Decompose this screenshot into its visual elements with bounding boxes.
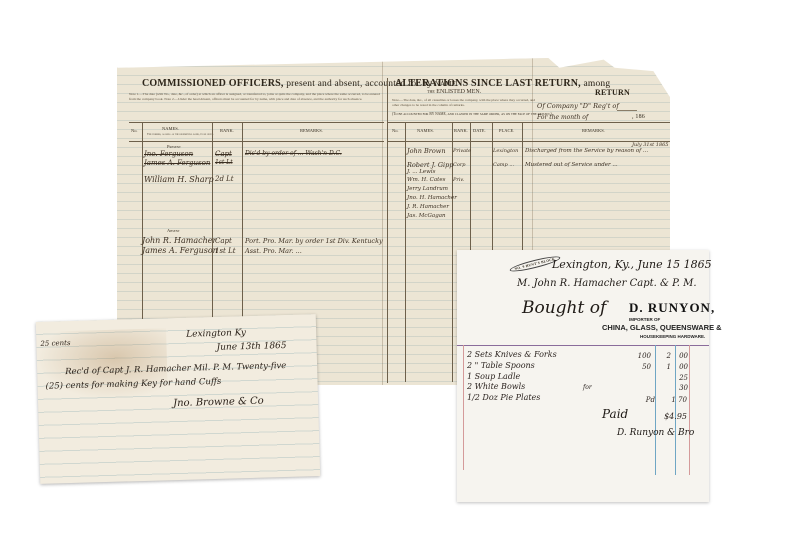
enlisted-name: Jerry Landrum — [407, 186, 448, 192]
bill-total: $4.95 — [647, 412, 687, 421]
enlisted-name: Robert J. Gipp — [407, 161, 453, 169]
item-cents: 30 — [676, 384, 688, 392]
col-no: No. — [392, 128, 399, 133]
goods-line: CHINA, GLASS, QUEENSWARE & — [602, 323, 722, 332]
col-remarks: REMARKS. — [300, 128, 323, 133]
key-receipt-document: 25 cents Lexington Ky June 13th 1865 Rec… — [36, 314, 320, 484]
names-subheader: The former, as well as the regimental ra… — [147, 132, 214, 136]
col-place: PLACE. — [499, 128, 514, 133]
paid-label: Paid — [602, 407, 628, 421]
item-desc: 2 Sets Knives & Forks — [467, 350, 557, 359]
enlisted-name: Jno. H. Hamacher — [407, 195, 457, 201]
enlisted-name: J. ... Lewis — [407, 169, 435, 175]
col-rank: RANK. — [220, 128, 234, 133]
col-remarks: REMARKS. — [582, 128, 605, 133]
enlisted-rank: Corp — [453, 162, 465, 168]
enlisted-name: Jas. McGagan — [407, 213, 446, 219]
receipt-date: June 13th 1865 — [216, 341, 286, 353]
officer-rank: Capt — [215, 237, 232, 245]
subtotal-amount: 1 70 — [657, 396, 687, 404]
col-names: NAMES. — [417, 128, 434, 133]
officer-remarks: Dis'd by order of ... Wash'n D.C. — [245, 150, 342, 157]
alterations-subtitle: the ENLISTED MEN. — [427, 89, 481, 95]
runyon-bill-document: NO. 9 HUNT'S BLOCK Lexington, Ky., June … — [457, 250, 709, 502]
enlisted-name: Wm. H. Cates — [407, 177, 445, 183]
officer-rank: Capt — [215, 150, 232, 158]
officer-name: John R. Hamacher — [142, 236, 216, 245]
item-cents: 25 — [676, 374, 688, 382]
col-names: NAMES. — [162, 126, 179, 131]
return-title: RETURN — [595, 88, 630, 97]
enlisted-name: John Brown — [407, 147, 446, 155]
enlisted-rank: Private — [453, 148, 471, 154]
alterations-section-title: ALTERATIONS SINCE LAST RETURN, among — [395, 78, 610, 89]
item-desc: 1 Soup Ladle — [467, 372, 520, 381]
receipt-signature: Jno. Browne & Co — [173, 396, 264, 410]
officer-name: Jno. Ferguson — [144, 150, 193, 158]
bill-place-date: Lexington, Ky., June 15 1865 — [552, 258, 712, 271]
enlisted-name: J. R. Hamacher — [407, 204, 449, 210]
item-desc: 2 White Bowls — [467, 382, 525, 391]
header-rule — [457, 345, 709, 346]
enlisted-place: Camp ... — [493, 162, 514, 168]
year-field: , 186 — [632, 114, 645, 120]
item-cents: 00 — [676, 352, 688, 360]
enlisted-remarks: Mustered out of Service under ... — [525, 162, 618, 168]
group-present: Present — [167, 144, 181, 149]
col-no: No. — [131, 128, 138, 133]
item-desc: 1/2 Doz Pie Plates — [467, 393, 540, 402]
item-rate: 100 — [633, 352, 651, 360]
receipt-place: Lexington Ky — [186, 328, 246, 340]
officer-rank: 2d Lt — [215, 175, 234, 183]
item-desc: 2 " Table Spoons — [467, 361, 535, 370]
item-rate: 50 — [633, 363, 651, 371]
month-line: For the month of — [537, 114, 588, 121]
alterations-instruction: (To be accounted for BY NAME, and classe… — [392, 112, 552, 116]
item-dollars: 2 — [657, 352, 671, 360]
alterations-notes: Note.—The date, &c., of all casualties o… — [392, 98, 537, 108]
officer-rank: 1st Lt — [215, 159, 233, 166]
officer-name: James A. Ferguson — [144, 159, 210, 167]
officer-name: James A. Ferguson — [142, 246, 218, 255]
amount-note: 25 cents — [40, 339, 70, 348]
enlisted-remarks: Discharged from the Service by reason of… — [525, 148, 648, 154]
officer-remarks: Port. Pro. Mar. by order 1st Div. Kentuc… — [245, 237, 383, 245]
officers-notes: Note 1.—The date (with No., date, &c., o… — [129, 92, 384, 110]
firm-name: D. RUNYON, — [629, 300, 715, 316]
group-absent: Absent — [167, 228, 180, 233]
goods-line-2: HOUSEKEEPING HARDWARE. — [640, 334, 705, 339]
col-rank: RANK. — [454, 128, 468, 133]
importer-label: IMPORTER OF — [629, 317, 660, 322]
bought-of-label: Bought of — [522, 298, 606, 318]
enlisted-place: Lexington — [493, 148, 518, 154]
company-line: Of Company "D" Reg't of — [537, 102, 619, 110]
officer-rank: 1st Lt — [215, 247, 236, 255]
officer-remarks: Asst. Pro. Mar. ... — [245, 247, 302, 255]
item-cents: 00 — [676, 363, 688, 371]
bill-customer: M. John R. Hamacher Capt. & P. M. — [517, 278, 697, 289]
item-dollars: 1 — [657, 363, 671, 371]
col-date: DATE. — [473, 128, 486, 133]
enlisted-rank: Priv. — [453, 177, 464, 183]
officer-name: William H. Sharp — [144, 175, 214, 184]
item-note: for — [583, 384, 592, 391]
subtotal-label: Pd — [643, 396, 655, 404]
paid-signature: D. Runyon & Bro — [617, 428, 694, 438]
